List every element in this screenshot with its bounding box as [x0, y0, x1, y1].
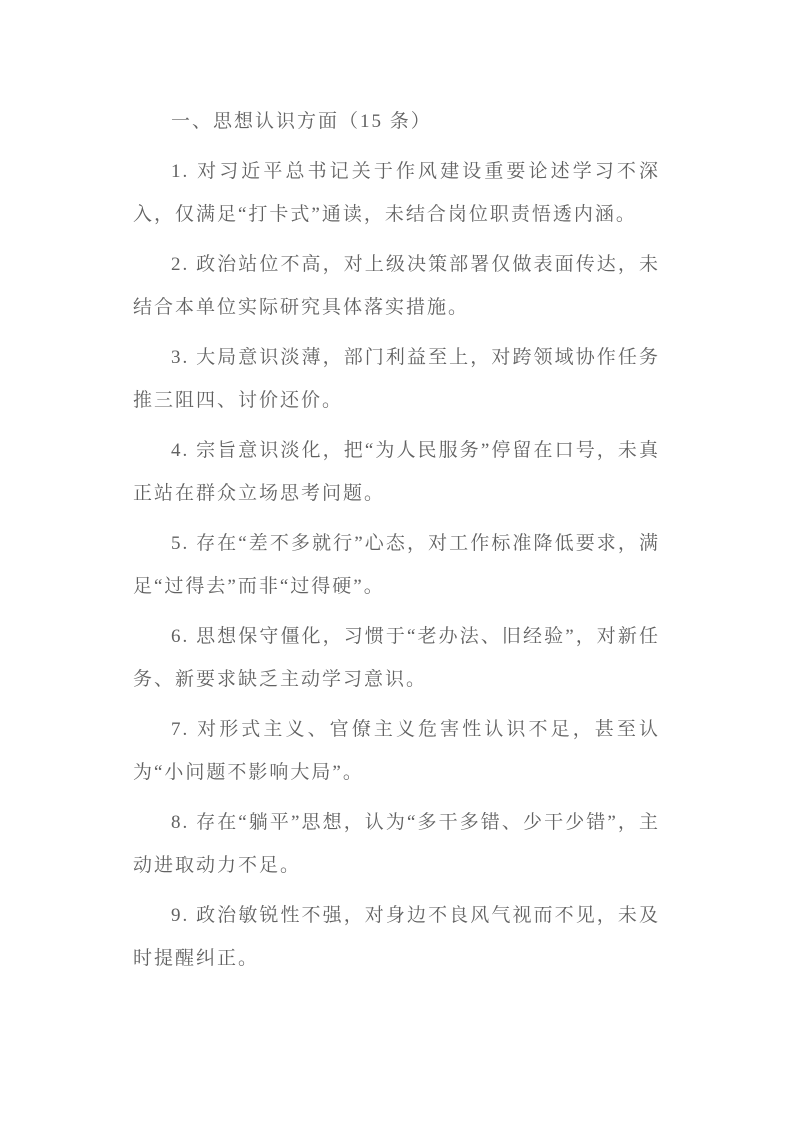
issue-item-7: 7. 对形式主义、官僚主义危害性认识不足，甚至认为“小问题不影响大局”。 [133, 708, 660, 794]
issue-item-6: 6. 思想保守僵化，习惯于“老办法、旧经验”，对新任务、新要求缺乏主动学习意识。 [133, 615, 660, 701]
issue-item-9: 9. 政治敏锐性不强，对身边不良风气视而不见，未及时提醒纠正。 [133, 894, 660, 980]
issue-item-3: 3. 大局意识淡薄，部门利益至上，对跨领域协作任务推三阻四、讨价还价。 [133, 336, 660, 422]
issue-item-2: 2. 政治站位不高，对上级决策部署仅做表面传达，未结合本单位实际研究具体落实措施… [133, 243, 660, 329]
document-page: 一、思想认识方面（15 条） 1. 对习近平总书记关于作风建设重要论述学习不深入… [0, 0, 793, 1122]
issue-item-5: 5. 存在“差不多就行”心态，对工作标准降低要求，满足“过得去”而非“过得硬”。 [133, 522, 660, 608]
issue-item-4: 4. 宗旨意识淡化，把“为人民服务”停留在口号，未真正站在群众立场思考问题。 [133, 429, 660, 515]
section-heading: 一、思想认识方面（15 条） [133, 100, 660, 143]
issue-item-1: 1. 对习近平总书记关于作风建设重要论述学习不深入，仅满足“打卡式”通读，未结合… [133, 150, 660, 236]
issue-item-8: 8. 存在“躺平”思想，认为“多干多错、少干少错”，主动进取动力不足。 [133, 801, 660, 887]
